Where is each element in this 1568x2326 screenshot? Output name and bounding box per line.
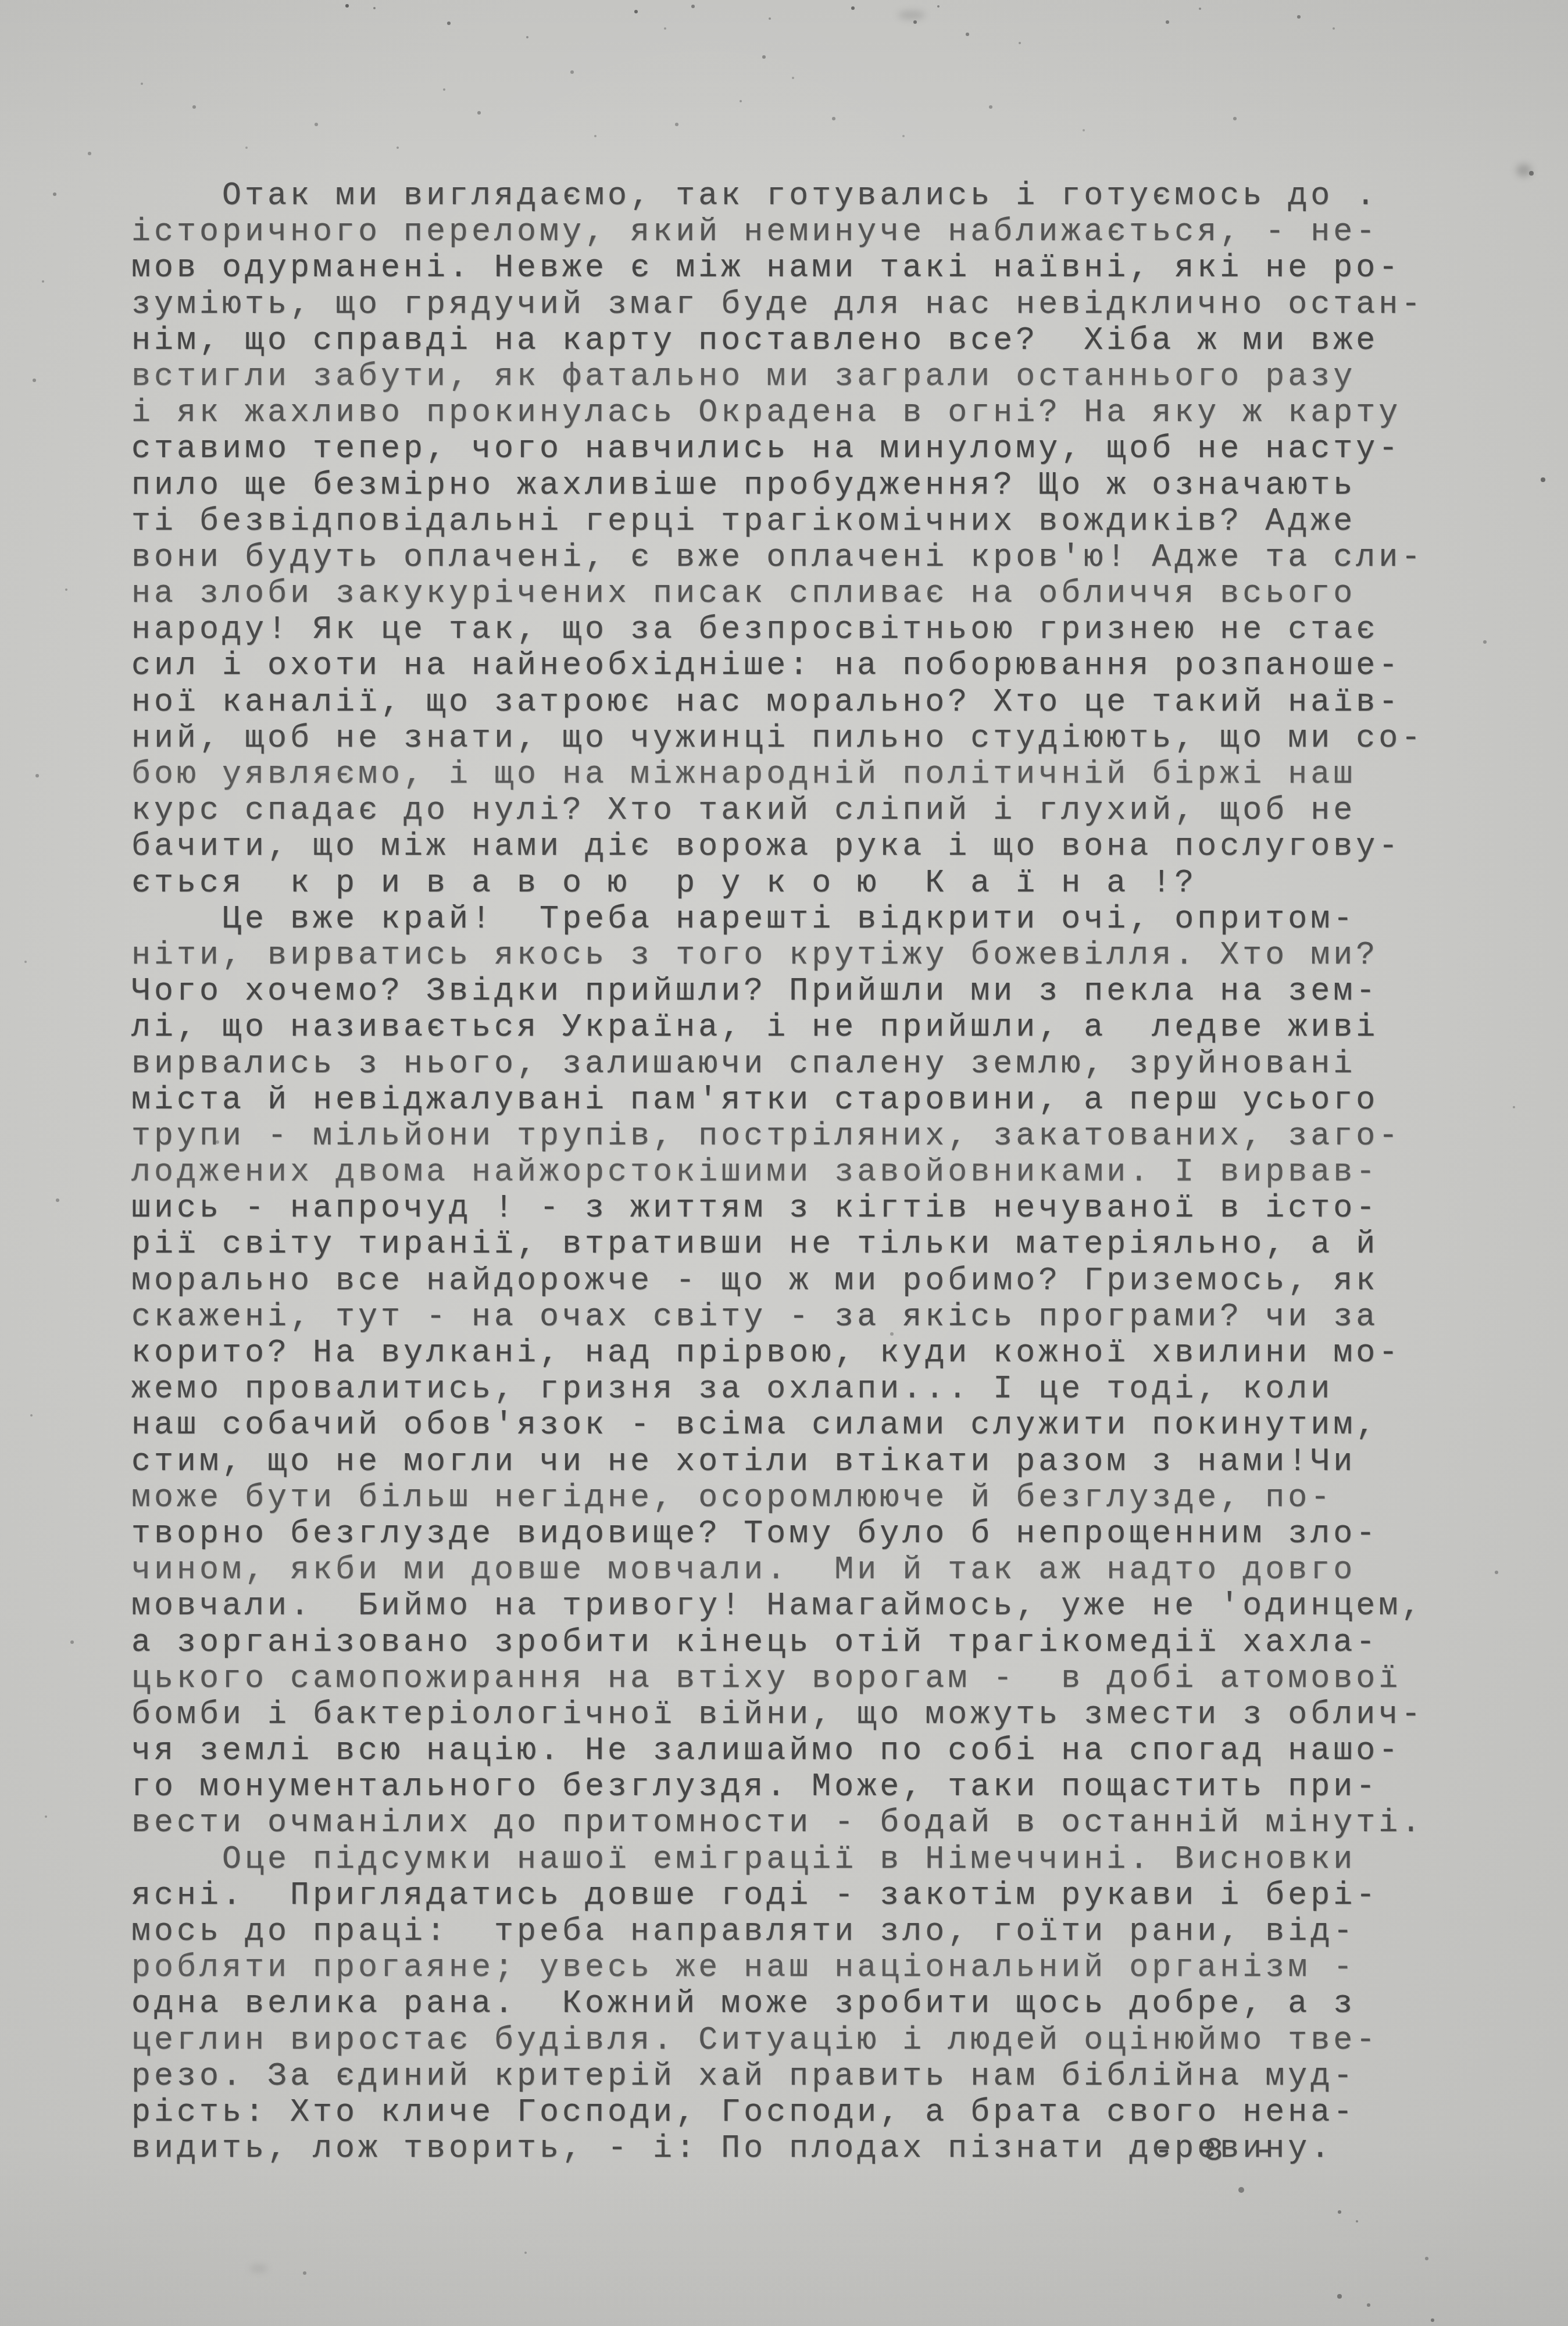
scanned-page: Отак ми виглядаємо, так готувались і гот…: [0, 0, 1568, 2326]
text-line: видить, лож творить, - і: По плодах пізн…: [131, 2131, 1486, 2167]
text-line: ясні. Приглядатись довше годі - закотім …: [131, 1878, 1486, 1914]
text-line: лоджених двома найжорстокішими завойовни…: [131, 1154, 1486, 1190]
text-line: ється к р и в а в о ю р у к о ю К а ї н …: [131, 865, 1486, 901]
text-line: лі, що називається Україна, і не прийшли…: [131, 1009, 1486, 1046]
text-line: Отак ми виглядаємо, так готувались і гот…: [131, 178, 1486, 214]
text-line: ті безвідповідальні герці трагікомічних …: [131, 504, 1486, 540]
text-line: а зорганізовано зробити кінець отій траг…: [131, 1625, 1486, 1661]
text-line: історичного перелому, який неминуче набл…: [131, 214, 1486, 250]
text-line: Чого хочемо? Звідки прийшли? Прийшли ми …: [131, 973, 1486, 1009]
text-line: бою уявляємо, і що на міжнародній політи…: [131, 757, 1486, 793]
text-line: робляти прогаяне; увесь же наш національ…: [131, 1950, 1486, 1986]
page-number: - 8 -: [1154, 2133, 1279, 2170]
text-line: вирвались з нього, залишаючи спалену зем…: [131, 1046, 1486, 1082]
text-line: народу! Як це так, що за безпросвітньою …: [131, 612, 1486, 648]
text-line: стим, що не могли чи не хотіли втікати р…: [131, 1444, 1486, 1480]
text-line: го монументального безглуздя. Може, таки…: [131, 1769, 1486, 1805]
text-line: ставимо тепер, чого навчились на минулом…: [131, 431, 1486, 467]
text-line: мось до праці: треба направляти зло, гої…: [131, 1914, 1486, 1950]
text-line: пило ще безмірно жахливіше пробудження? …: [131, 468, 1486, 504]
text-line: чя землі всю націю. Не залишаймо по собі…: [131, 1733, 1486, 1769]
text-line: трупи - мільйони трупів, постріляних, за…: [131, 1118, 1486, 1154]
text-line: рість: Хто кличе Господи, Господи, а бра…: [131, 2095, 1486, 2131]
text-line: ної каналії, що затроює нас морально? Хт…: [131, 684, 1486, 720]
text-line: ний, щоб не знати, що чужинці пильно сту…: [131, 720, 1486, 757]
text-line: вести очманілих до притомности - бодай в…: [131, 1805, 1486, 1841]
text-line: шись - напрочуд ! - з життям з кігтів не…: [131, 1190, 1486, 1226]
text-line: морально все найдорожче - що ж ми робимо…: [131, 1263, 1486, 1299]
paper-smudge: [1516, 164, 1531, 177]
text-line: може бути більш негідне, осоромлююче й б…: [131, 1480, 1486, 1516]
text-line: мовчали. Биймо на тривогу! Намагаймось, …: [131, 1588, 1486, 1624]
text-line: бомби і бактеріологічної війни, що можут…: [131, 1697, 1486, 1733]
text-line: корито? На вулкані, над прірвою, куди ко…: [131, 1335, 1486, 1371]
paper-specks: [0, 0, 2, 2]
text-line: зуміють, що грядучий змаг буде для нас н…: [131, 287, 1486, 323]
text-line: наш собачий обов'язок - всіма силами слу…: [131, 1407, 1486, 1443]
text-line: творно безглузде видовище? Тому було б н…: [131, 1516, 1486, 1552]
text-line: Оце підсумки нашої еміграції в Німеччині…: [131, 1842, 1486, 1878]
paper-smudge: [898, 10, 925, 20]
text-line: мов одурманені. Невже є між нами такі на…: [131, 250, 1486, 286]
text-line: міста й невіджалувані пам'ятки старовини…: [131, 1082, 1486, 1118]
text-line: ніти, вирватись якось з того крутіжу бож…: [131, 937, 1486, 973]
text-line: чином, якби ми довше мовчали. Ми й так а…: [131, 1552, 1486, 1588]
text-line: курс спадає до нулі? Хто такий сліпий і …: [131, 793, 1486, 829]
text-line: жемо провалитись, гризня за охлапи... І …: [131, 1371, 1486, 1407]
text-line: встигли забути, як фатально ми заграли о…: [131, 359, 1486, 395]
text-line: нім, що справді на карту поставлено все?…: [131, 323, 1486, 359]
text-line: резо. За єдиний критерій хай править нам…: [131, 2059, 1486, 2095]
text-line: і як жахливо прокинулась Окрадена в огні…: [131, 395, 1486, 431]
text-line: сил і охоти на найнеобхідніше: на поборю…: [131, 648, 1486, 684]
paper-smudge: [250, 2265, 267, 2272]
text-line: скажені, тут - на очах світу - за якісь …: [131, 1299, 1486, 1335]
text-line: вони будуть оплачені, є вже оплачені кро…: [131, 540, 1486, 576]
text-line: бачити, що між нами діє ворожа рука і що…: [131, 829, 1486, 865]
text-line: рії світу тиранії, втративши не тільки м…: [131, 1226, 1486, 1262]
text-line: цеглин виростає будівля. Ситуацію і люде…: [131, 2022, 1486, 2059]
document-text: Отак ми виглядаємо, так готувались і гот…: [131, 178, 1486, 2167]
text-line: Це вже край! Треба нарешті відкрити очі,…: [131, 901, 1486, 937]
text-line: на злоби закукурічених писак спливає на …: [131, 576, 1486, 612]
text-line: одна велика рана. Кожний може зробити що…: [131, 1986, 1486, 2022]
text-line: цького самопожирання на втіху ворогам - …: [131, 1661, 1486, 1697]
